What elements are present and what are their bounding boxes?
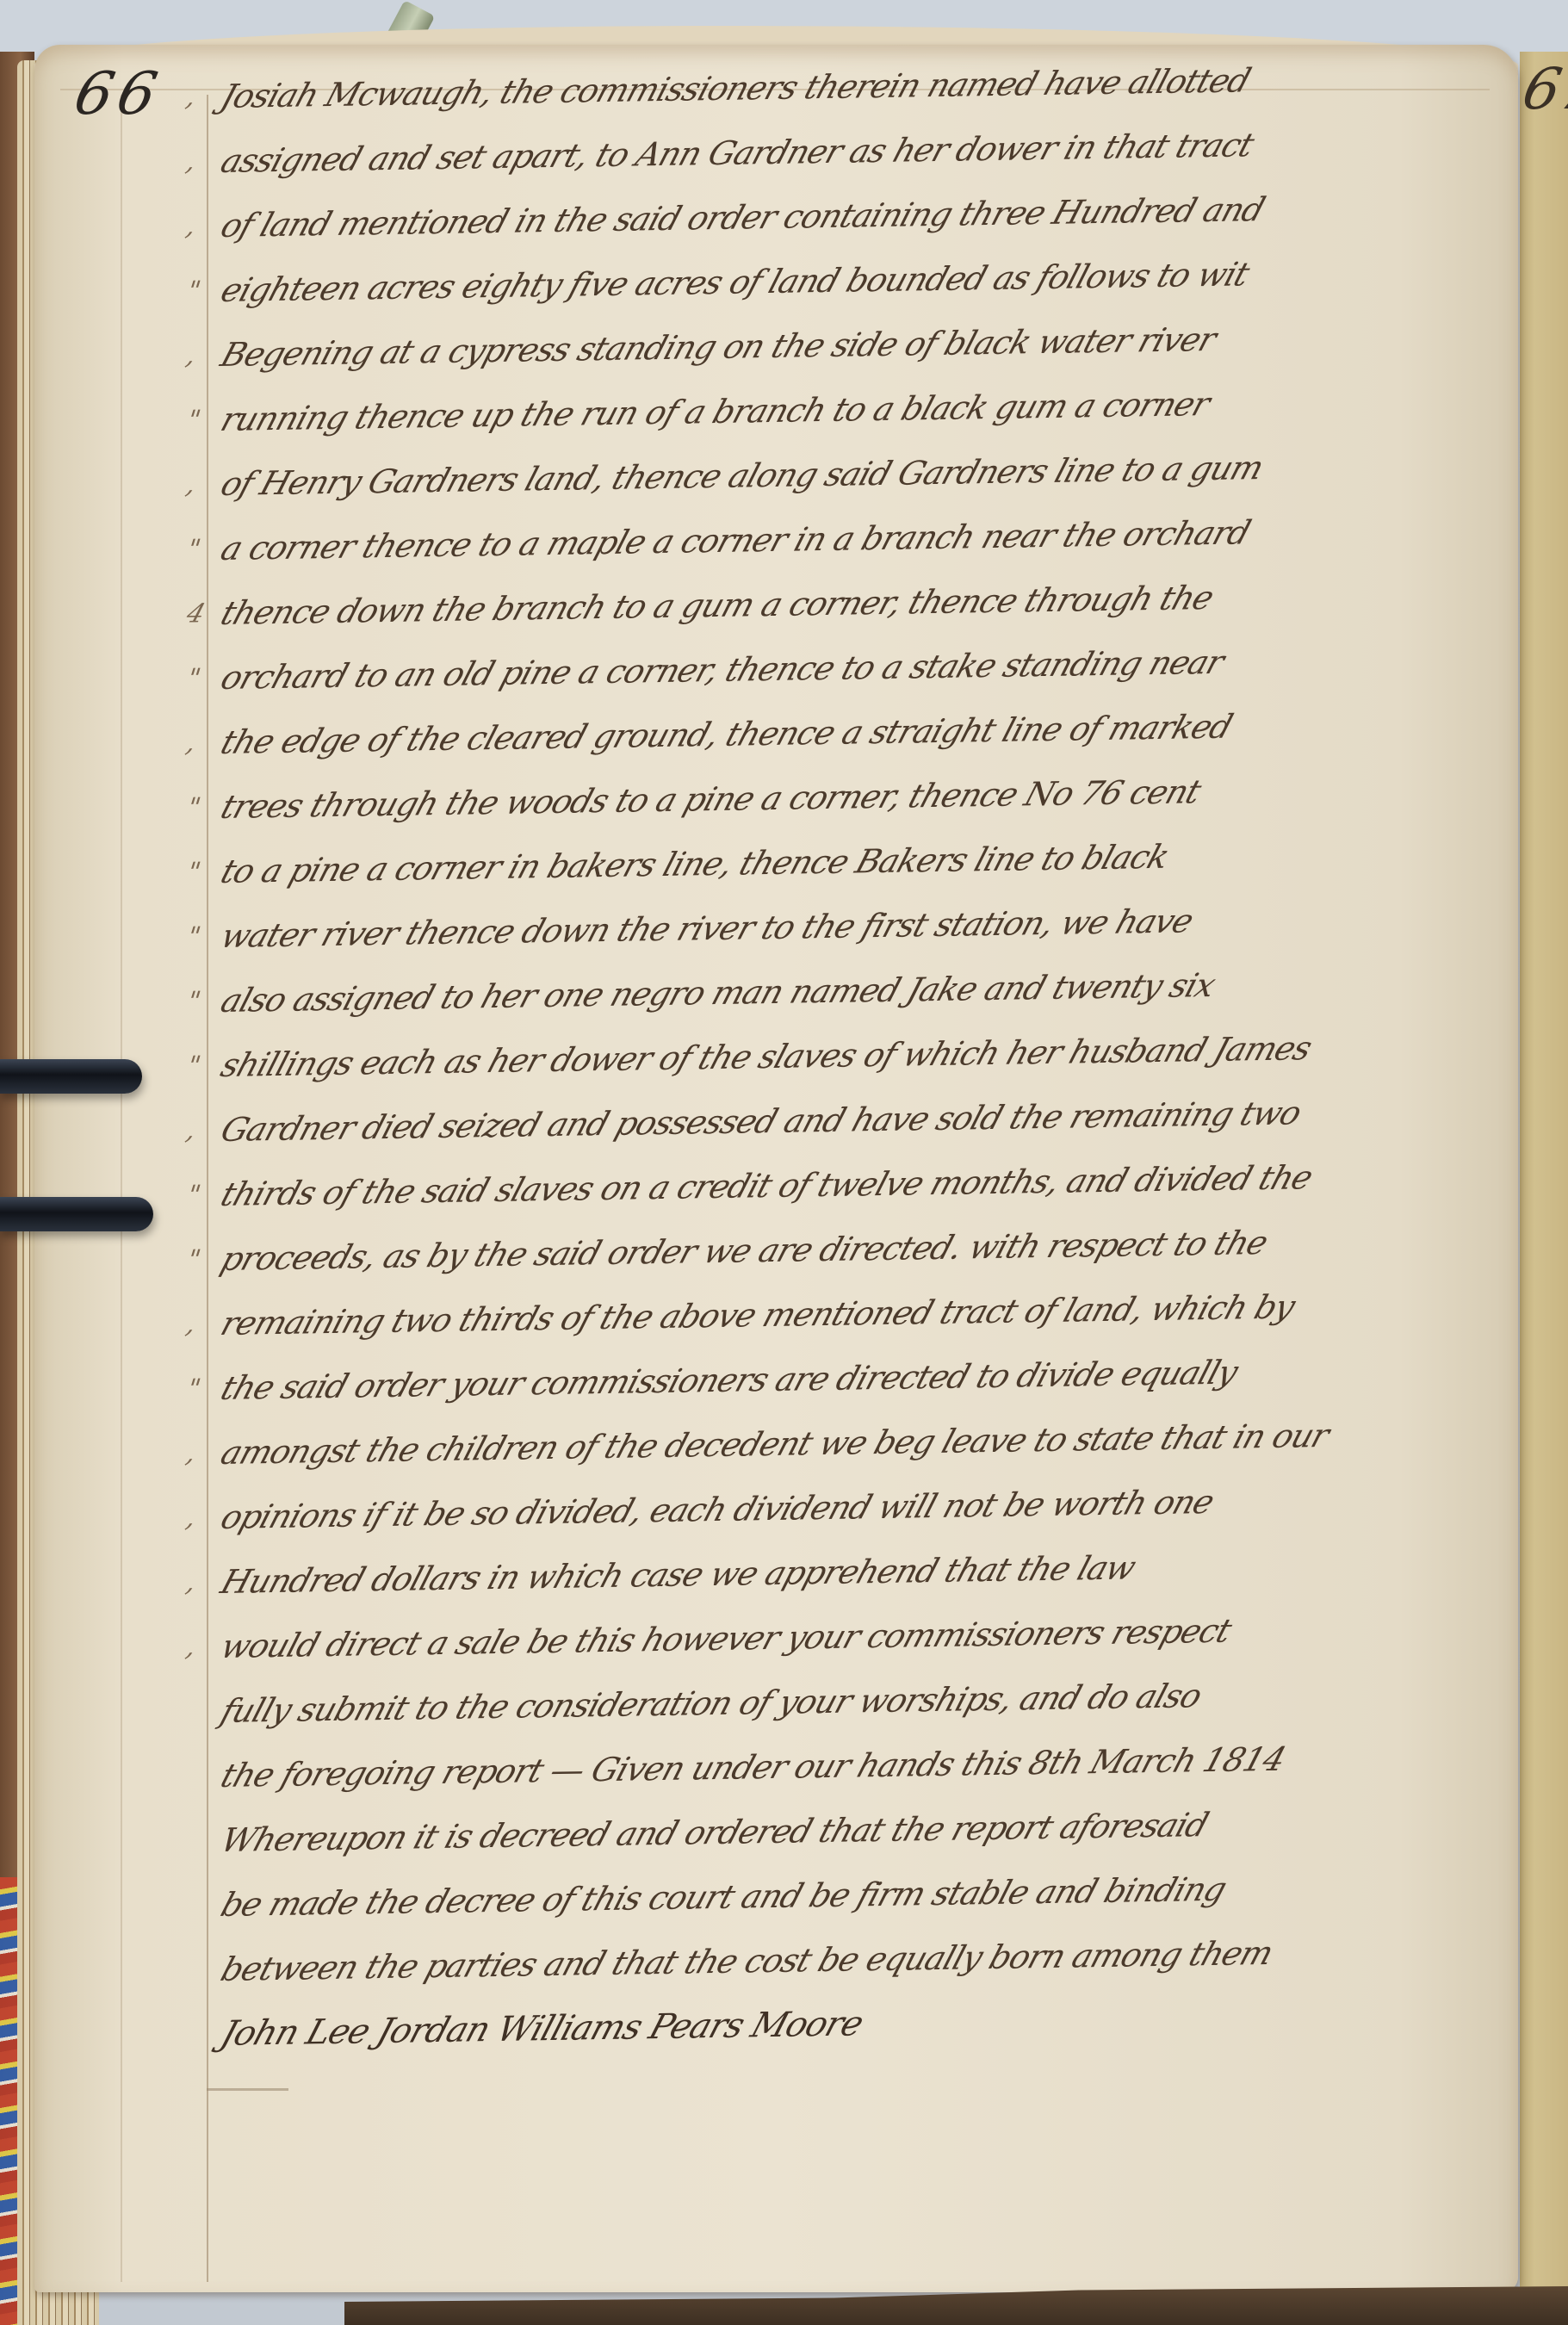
- line-text: assigned and set apart, to Ann Gardner a…: [216, 126, 1258, 180]
- line-text: Gardner died seized and possessed and ha…: [216, 1094, 1305, 1149]
- binder-ring-lower: [0, 1197, 153, 1231]
- line-text: remaining two thirds of the above mentio…: [216, 1288, 1298, 1342]
- line-text: fully submit to the consideration of you…: [216, 1677, 1205, 1730]
- line-text: the edge of the cleared ground, thence a…: [216, 708, 1236, 761]
- handwritten-text-block: ,Josiah Mcwaugh, the commissioners there…: [222, 65, 1505, 2067]
- line-text: a corner thence to a maple a corner in a…: [216, 513, 1255, 567]
- line-text: trees through the woods to a pine a corn…: [216, 772, 1205, 826]
- page-number: 66: [69, 60, 168, 128]
- line-text: would direct a sale be this however your…: [216, 1612, 1235, 1665]
- line-text: running thence up the run of a branch to…: [216, 385, 1213, 438]
- line-text: orchard to an old pine a corner, thence …: [216, 643, 1228, 697]
- line-text: amongst the children of the decedent we …: [216, 1417, 1333, 1472]
- line-text: also assigned to her one negro man named…: [216, 966, 1219, 1020]
- line-text: of Henry Gardners land, thence along sai…: [216, 449, 1267, 503]
- outer-margin-line: [121, 95, 122, 2282]
- binder-ring-upper: [0, 1059, 142, 1094]
- line-text: opinions if it be so divided, each divid…: [216, 1483, 1218, 1536]
- line-text: of land mentioned in the said order cont…: [216, 190, 1268, 245]
- line-text: water river thence down the river to the…: [216, 902, 1197, 955]
- line-text: shillings each as her dower of the slave…: [216, 1029, 1316, 1084]
- line-text: to a pine a corner in bakers line, thenc…: [216, 838, 1173, 890]
- line-text: be made the decree of this court and be …: [216, 1870, 1230, 1924]
- margin-line: [207, 95, 208, 2282]
- signature-text: John Lee Jordan Williams Pears Moore: [216, 2004, 867, 2054]
- facing-page: [1520, 52, 1568, 2325]
- line-text: Begening at a cypress standing on the si…: [216, 320, 1220, 374]
- line-text: Whereupon it is decreed and ordered that…: [216, 1806, 1212, 1859]
- line-text: thirds of the said slaves on a credit of…: [216, 1158, 1317, 1213]
- line-text: Josiah Mcwaugh, the commissioners therei…: [216, 61, 1255, 115]
- line-text: between the parties and that the cost be…: [216, 1934, 1277, 1988]
- marbled-page-edge: [0, 1877, 19, 2325]
- line-text: proceeds, as by the said order we are di…: [216, 1224, 1272, 1278]
- line-text: eighteen acres eighty five acres of land…: [216, 255, 1253, 309]
- line-text: the said order your commissioners are di…: [216, 1354, 1242, 1407]
- line-text: the foregoing report — Given under our h…: [216, 1740, 1289, 1795]
- line-text: Hundred dollars in which case we apprehe…: [216, 1548, 1139, 1601]
- line-text: thence down the branch to a gum a corner…: [216, 579, 1218, 632]
- signature-rule: [207, 2088, 288, 2091]
